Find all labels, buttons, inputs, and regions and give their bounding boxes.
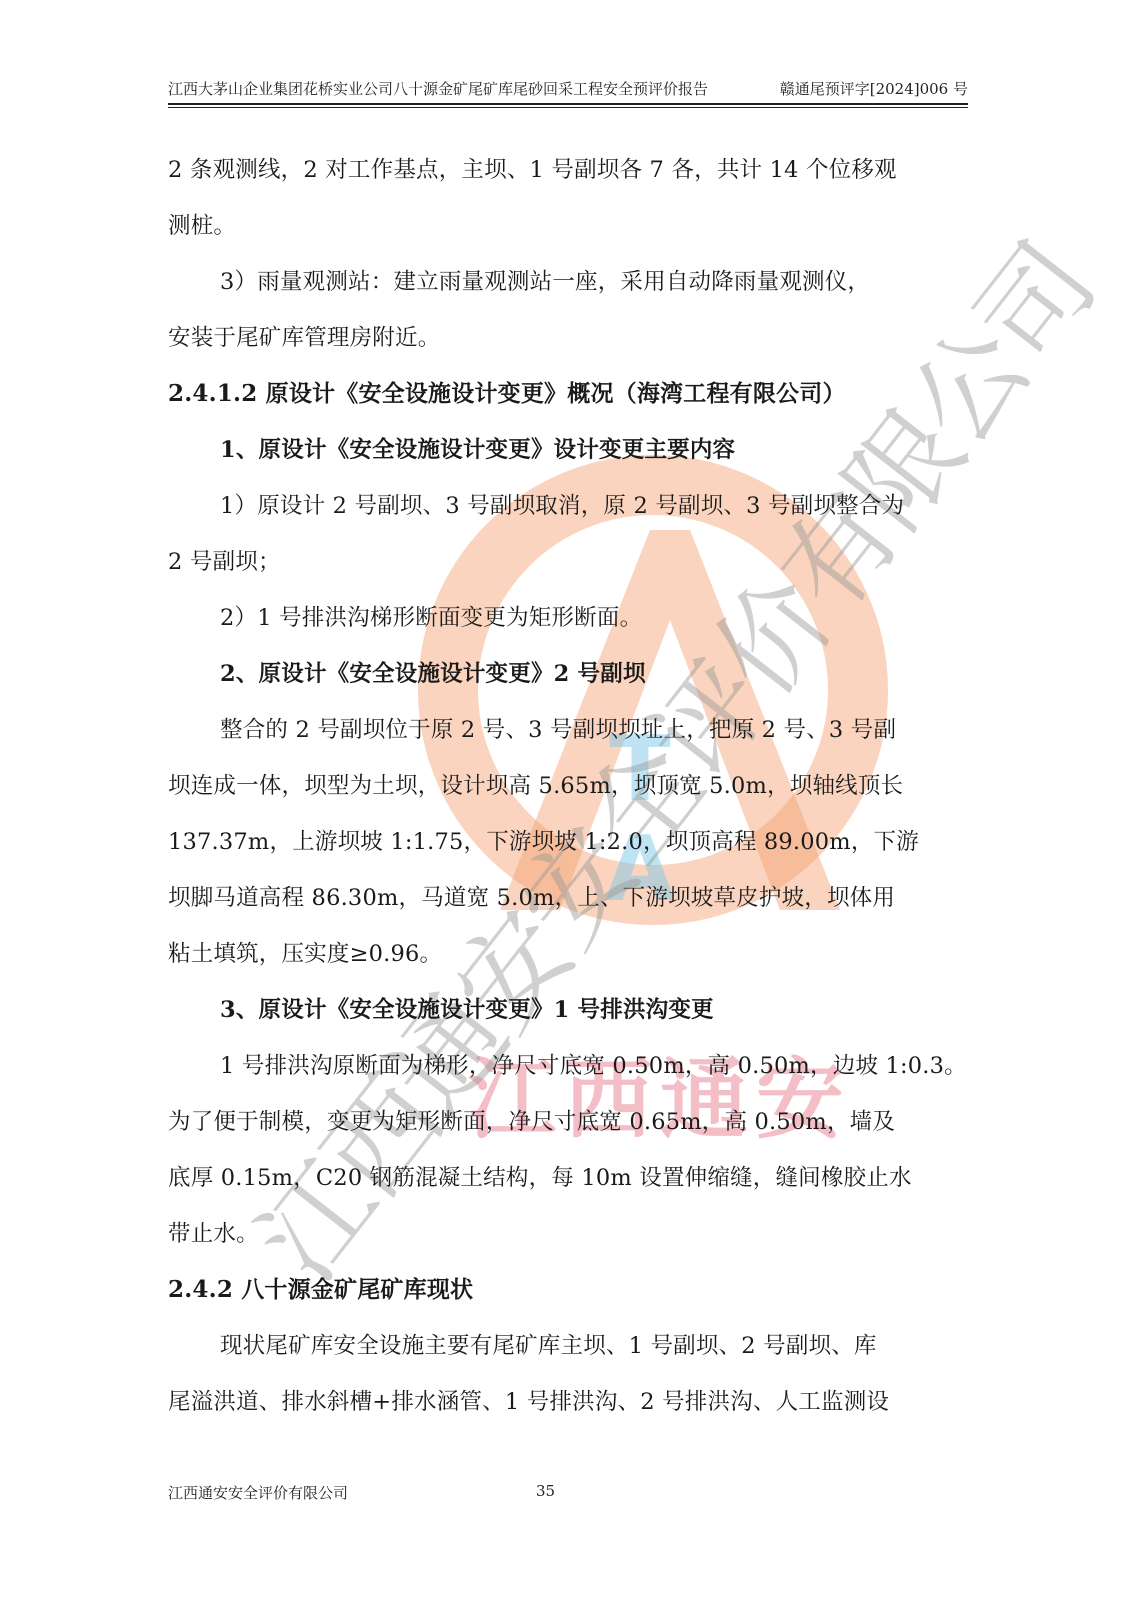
report-title: 江西大茅山企业集团花桥实业公司八十源金矿尾矿库尾砂回采工程安全预评价报告	[168, 78, 708, 99]
paragraph-line: 2 条观测线，2 对工作基点，主坝、1 号副坝各 7 各，共计 14 个位移观	[168, 142, 897, 198]
subheading-item-1: 1、原设计《安全设施设计变更》设计变更主要内容	[220, 422, 735, 478]
header-divider-thin	[168, 107, 968, 108]
paragraph-line: 2）1 号排洪沟梯形断面变更为矩形断面。	[220, 590, 642, 646]
section-heading-2-4-2: 2.4.2 八十源金矿尾矿库现状	[168, 1262, 473, 1318]
footer-company: 江西通安安全评价有限公司	[168, 1482, 348, 1503]
subheading-item-3: 3、原设计《安全设施设计变更》1 号排洪沟变更	[220, 982, 714, 1038]
paragraph-line: 2 号副坝；	[168, 534, 281, 590]
paragraph-line: 尾溢洪道、排水斜槽+排水涵管、1 号排洪沟、2 号排洪沟、人工监测设	[168, 1374, 889, 1430]
paragraph-line: 1）原设计 2 号副坝、3 号副坝取消，原 2 号副坝、3 号副坝整合为	[220, 478, 904, 534]
paragraph-line: 底厚 0.15m，C20 钢筋混凝土结构，每 10m 设置伸缩缝，缝间橡胶止水	[168, 1150, 912, 1206]
paragraph-line: 整合的 2 号副坝位于原 2 号、3 号副坝坝址上，把原 2 号、3 号副	[220, 702, 896, 758]
header-divider	[168, 103, 968, 105]
paragraph-line: 坝连成一体，坝型为土坝，设计坝高 5.65m，坝顶宽 5.0m，坝轴线顶长	[168, 758, 903, 814]
paragraph-line: 坝脚马道高程 86.30m，马道宽 5.0m，上、下游坝坡草皮护坡，坝体用	[168, 870, 895, 926]
paragraph-line: 安装于尾矿库管理房附近。	[168, 310, 440, 366]
subheading-item-2: 2、原设计《安全设施设计变更》2 号副坝	[220, 646, 646, 702]
paragraph-line: 137.37m，上游坝坡 1:1.75，下游坝坡 1:2.0，坝顶高程 89.0…	[168, 814, 919, 870]
document-number: 赣通尾预评字[2024]006 号	[780, 78, 968, 99]
paragraph-line: 为了便于制模，变更为矩形断面，净尺寸底宽 0.65m，高 0.50m，墙及	[168, 1094, 895, 1150]
paragraph-line: 现状尾矿库安全设施主要有尾矿库主坝、1 号副坝、2 号副坝、库	[220, 1318, 877, 1374]
paragraph-line: 3）雨量观测站：建立雨量观测站一座，采用自动降雨量观测仪，	[220, 254, 870, 310]
page-header: 江西大茅山企业集团花桥实业公司八十源金矿尾矿库尾砂回采工程安全预评价报告 赣通尾…	[168, 78, 968, 104]
paragraph-line: 带止水。	[168, 1206, 259, 1262]
page-number: 35	[536, 1482, 555, 1500]
document-page: T A 江西通安 江西通安安全评价有限公司 江西大茅山企业集团花桥实业公司八十源…	[0, 0, 1131, 1600]
paragraph-line: 测桩。	[168, 198, 236, 254]
paragraph-line: 1 号排洪沟原断面为梯形，净尺寸底宽 0.50m，高 0.50m，边坡 1:0.…	[220, 1038, 967, 1094]
section-heading-2-4-1-2: 2.4.1.2 原设计《安全设施设计变更》概况（海湾工程有限公司）	[168, 366, 846, 422]
paragraph-line: 粘土填筑，压实度≥0.96。	[168, 926, 442, 982]
